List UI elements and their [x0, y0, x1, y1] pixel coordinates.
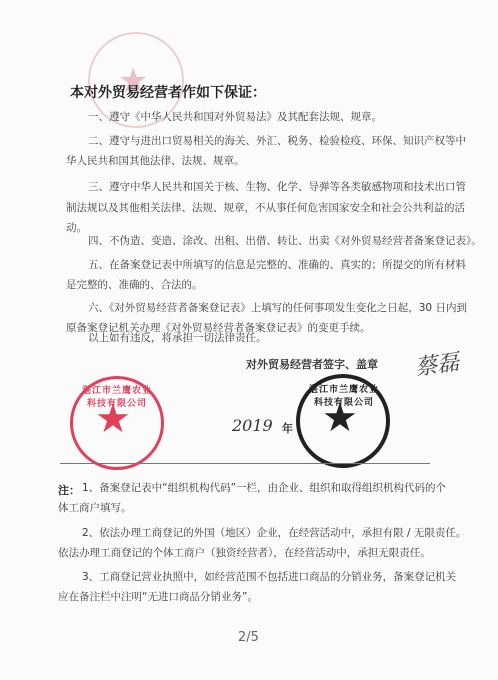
note-2-line-1: 2、依法办理工商登记的外国（地区）企业，在经营活动中，承担有限 / 无限责任。 — [82, 528, 466, 539]
note-1-line-2: 体工商户填写。 — [58, 503, 132, 514]
star-icon: ★ — [322, 398, 358, 438]
notes-label: 注： — [58, 482, 80, 498]
star-icon: ★ — [95, 399, 131, 439]
note-3-line-2: 应在备注栏中注明“无进口商品分销业务”。 — [58, 592, 258, 603]
company-seal-black: 湛江市兰鹰农业科技有限公司 ★ — [296, 374, 390, 468]
note-3-line-1: 3、工商登记营业执照中，如经营范围不包括进口商品的分销业务，备案登记机关 — [82, 572, 456, 583]
closing-statement: 以上如有违反，将承担一切法律责任。 — [88, 333, 267, 344]
document-page: ★ 本对外贸易经营者作如下保证： 一、遵守《中华人民共和国对外贸易法》及其配套法… — [0, 0, 498, 680]
note-2-line-2: 依法办理工商登记的个体工商户（独资经营者），在经营活动中，承担无限责任。 — [58, 548, 431, 559]
clause-1: 一、遵守《中华人民共和国对外贸易法》及其配套法规、规章。 — [88, 112, 382, 123]
document-heading: 本对外贸易经营者作如下保证： — [70, 82, 266, 102]
clause-5-line-1: 五、在备案登记表中所填写的信息是完整的、准确的、真实的；所提交的所有材料 — [88, 260, 466, 271]
clause-5-line-2: 是完整的、准确的、合法的。 — [66, 280, 203, 291]
signature-label: 对外贸易经营者签字、盖章 — [246, 356, 378, 372]
divider-line — [60, 463, 430, 464]
clause-2-line-2: 华人民共和国其他法律、法规、规章。 — [66, 156, 245, 167]
clause-2-line-1: 二、遵守与进出口贸易相关的海关、外汇、税务、检验检疫、环保、知识产权等中 — [88, 136, 466, 147]
handwritten-year: 2019 — [232, 416, 273, 435]
clause-4: 四、不伪造、变造、涂改、出租、出借、转让、出卖《对外贸易经营者备案登记表》。 — [88, 236, 482, 247]
clause-3-line-2: 制法规以及其他相关法律、法规、规章，不从事任何危害国家安全和社会公共利益的活 — [66, 203, 465, 214]
clause-6-line-1: 六、《对外贸易经营者备案登记表》上填写的任何事项发生变化之日起，30 日内到 — [88, 303, 467, 314]
clause-3-line-3: 动。 — [66, 223, 87, 234]
year-label: 年 — [282, 420, 293, 436]
handwritten-signature: 蔡磊 — [413, 345, 461, 382]
page-indicator: 2/5 — [238, 630, 259, 645]
clause-3-line-1: 三、遵守中华人民共和国关于核、生物、化学、导弹等各类敏感物项和技术出口管 — [88, 182, 466, 193]
note-1-line-1: 1、备案登记表中“组织机构代码”一栏，由企业、组织和取得组织机构代码的个 — [82, 483, 446, 494]
company-seal-red: 湛江市兰鹰农业科技有限公司 ★ — [70, 376, 164, 470]
